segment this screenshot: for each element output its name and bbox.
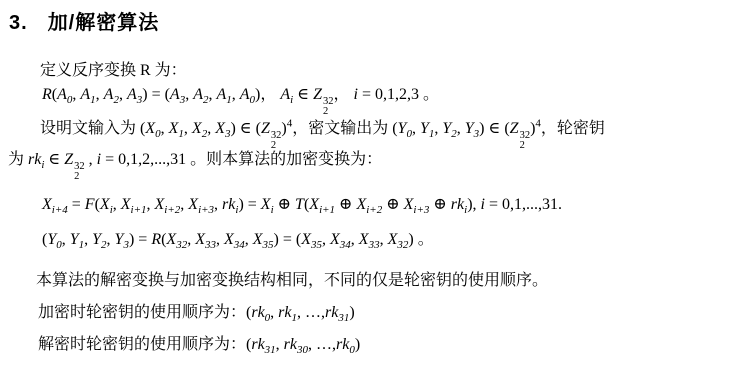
para-define-r: 定义反序变换 R 为： <box>40 60 187 82</box>
document-page: 3.加/解密算法 定义反序变换 R 为： R(A0, A1, A2, A3) =… <box>0 0 741 369</box>
para-encrypt-key-order: 加密时轮密钥的使用顺序为：(rk0, rk1, …,rk31) <box>38 302 355 324</box>
para-decrypt-note: 本算法的解密变换与加密变换结构相同，不同的仅是轮密钥的使用顺序。 <box>36 270 548 292</box>
formula-cipher-output: (Y0, Y1, Y2, Y3) = R(X32, X33, X34, X35)… <box>42 229 434 251</box>
para-plaintext-input: 设明文输入为 (X0, X1, X2, X3) ∈ (Z322)4，密文输出为 … <box>40 118 605 151</box>
section-title-text: 加/解密算法 <box>48 12 160 34</box>
formula-round-function: Xi+4 = F(Xi, Xi+1, Xi+2, Xi+3, rki) = Xi… <box>42 194 562 216</box>
section-number: 3. <box>9 12 28 35</box>
formula-reverse-transform: R(A0, A1, A2, A3) = (A3, A2, A1, A0)， Ai… <box>42 84 439 117</box>
section-title: 3.加/解密算法 <box>9 6 159 35</box>
para-round-key: 为 rki ∈ Z322 , i = 0,1,2,...,31 。则本算法的加密… <box>8 149 382 182</box>
para-decrypt-key-order: 解密时轮密钥的使用顺序为：(rk31, rk30, …,rk0) <box>38 334 360 356</box>
